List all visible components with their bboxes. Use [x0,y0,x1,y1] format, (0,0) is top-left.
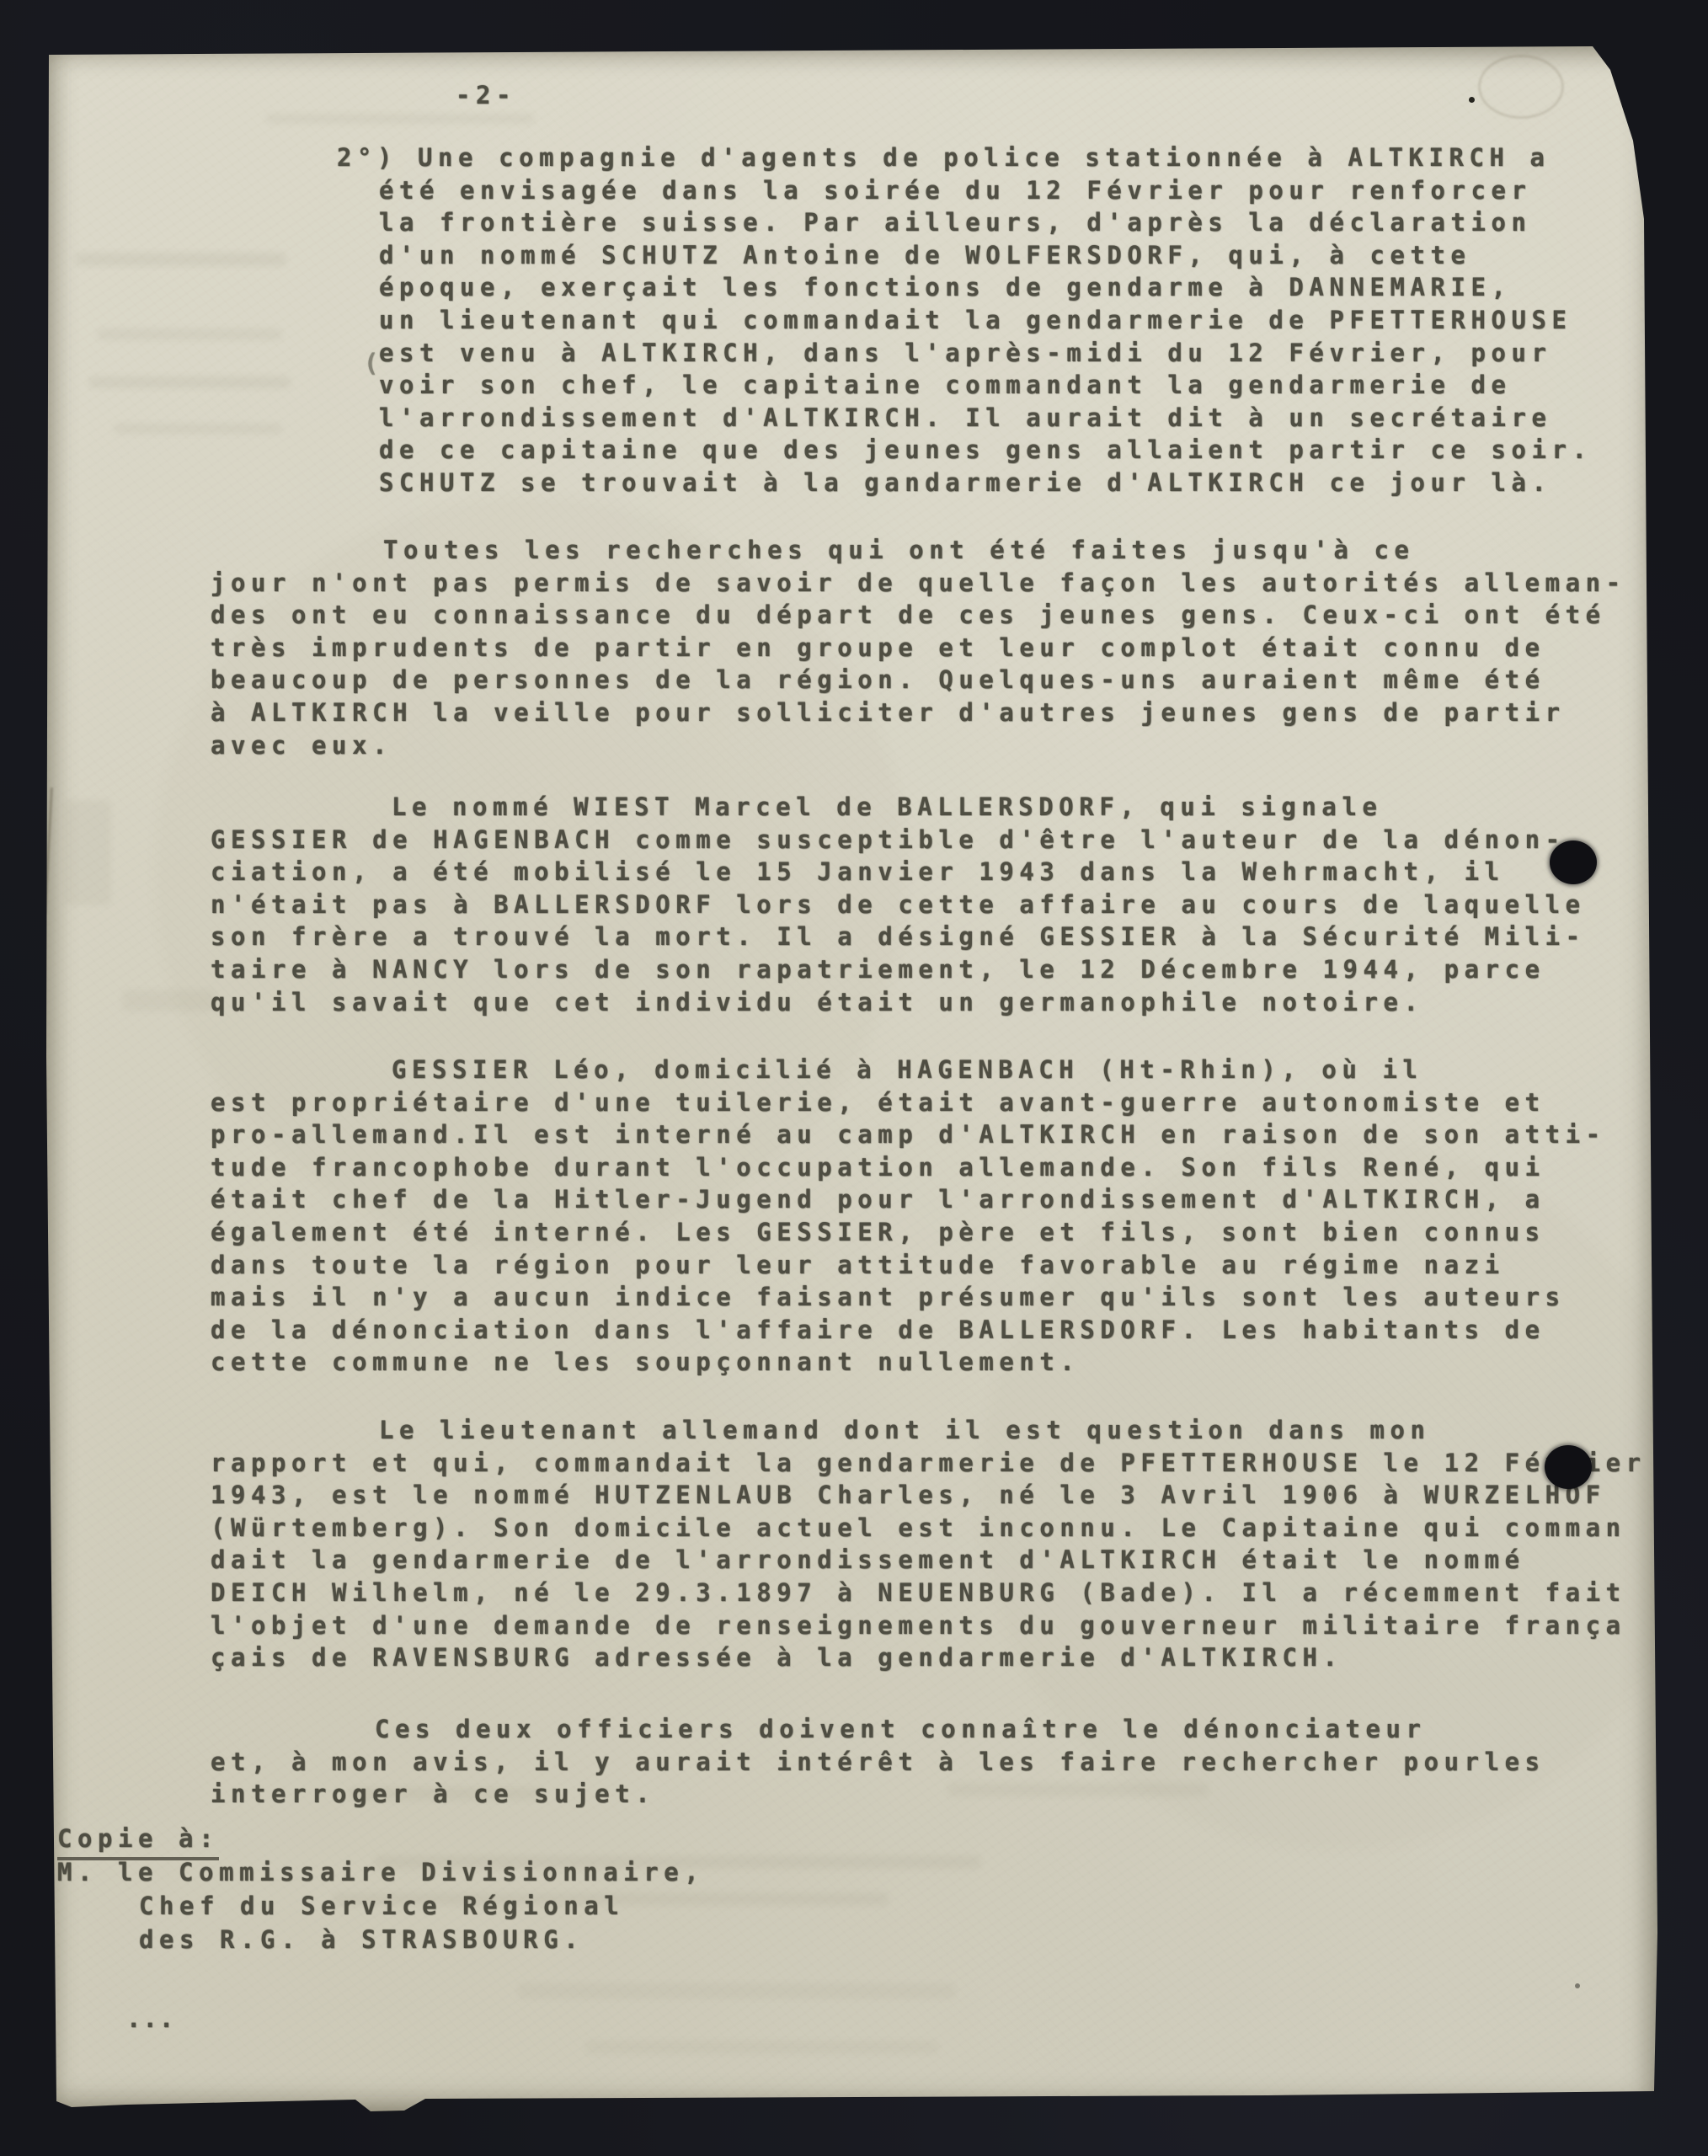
bleedthrough-smudge [97,328,282,340]
bleedthrough-smudge [122,990,215,1011]
copy-to-heading: Copie à: [57,1822,219,1860]
pencil-mark [1478,55,1564,119]
bleedthrough-smudge [114,424,282,434]
bleedthrough-smudge [88,376,291,388]
paragraph-company-police: 2°) Une compagnie d'agents de police sta… [379,141,1593,499]
ink-speck [1575,1983,1580,1988]
bleedthrough-smudge [65,800,111,905]
scan-background: -2- 2°) Une compagnie d'agents de police… [0,0,1708,2156]
copy-to-recipient: M. le Commissaire Divisionnaire, [57,1856,704,1889]
paragraph-lieutenant: Le lieutenant allemand dont il est quest… [211,1414,1647,1674]
paper-crease [44,787,53,914]
punch-hole-bottom [1545,1445,1592,1489]
ink-speck [1469,97,1475,103]
stray-mark: ( [364,347,384,380]
bleedthrough-smudge [265,114,535,124]
paragraph-recherches: Toutes les recherches qui ont été faites… [211,534,1626,761]
paragraph-wiest: Le nommé WIEST Marcel de BALLERSDORF, qu… [211,791,1586,1018]
punch-hole-top [1550,841,1597,884]
bleedthrough-smudge [585,2041,939,2054]
document-page: -2- 2°) Une compagnie d'agents de police… [46,46,1659,2111]
ellipsis-mark: ... [126,2003,175,2036]
copy-to-recipient-title: Chef du Service Régional [139,1890,624,1923]
copy-to-recipient-service: des R.G. à STRASBOURG. [139,1924,584,1956]
paragraph-conclusion: Ces deux officiers doivent connaître le … [211,1713,1545,1811]
page-number: -2- [456,79,516,112]
paragraph-gessier: GESSIER Léo, domicilié à HAGENBACH (Ht-R… [211,1054,1606,1379]
bleedthrough-smudge [518,1983,956,1999]
bleedthrough-smudge [76,253,286,266]
